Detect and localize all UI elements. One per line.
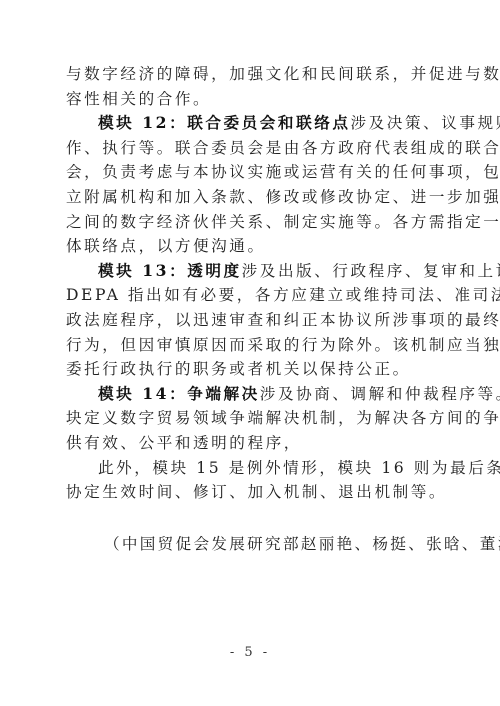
paragraph-line: 之间的数字经济伙伴关系、制定实施等。各方需指定一个整	[66, 210, 432, 235]
paragraph-line: 行为，但因审慎原因而采取的行为除外。该机制应当独立于	[66, 333, 432, 358]
paragraph-line: 供有效、公平和透明的程序，	[66, 431, 432, 456]
module-14-title: 模块 14：争端解决	[98, 384, 260, 403]
module-14-text: 涉及协商、调解和仲裁程序等。此模	[260, 385, 500, 403]
paragraph-line: 容性相关的合作。	[66, 87, 432, 112]
author-credit: （中国贸促会发展研究部赵丽艳、杨挺、张晗、董淳昉）	[104, 532, 434, 556]
module-13-text: 涉及出版、行政程序、复审和上诉等。	[242, 262, 500, 280]
paragraph-line: 与数字经济的障碍，加强文化和民间联系，并促进与数字包	[66, 62, 432, 87]
paragraph-line: 作、执行等。联合委员会是由各方政府代表组成的联合委员	[66, 136, 432, 161]
paragraph-line: 委托行政执行的职务或者机关以保持公正。	[66, 357, 432, 382]
paragraph-line: 协定生效时间、修订、加入机制、退出机制等。	[66, 480, 432, 505]
module-12-heading-line: 模块 12：联合委员会和联络点涉及决策、议事规则、合	[66, 111, 432, 136]
document-body: 与数字经济的障碍，加强文化和民间联系，并促进与数字包 容性相关的合作。 模块 1…	[66, 62, 432, 505]
module-12-title: 模块 12：联合委员会和联络点	[98, 113, 351, 132]
paragraph-line: 会，负责考虑与本协议实施或运营有关的任何事项，包括设	[66, 160, 432, 185]
paragraph-line: 立附属机构和加入条款、修改或修改协定、进一步加强双方	[66, 185, 432, 210]
paragraph-line: 政法庭程序，以迅速审查和纠正本协议所涉事项的最终行政	[66, 308, 432, 333]
paragraph-line: 此外，模块 15 是例外情形，模块 16 则为最后条款涉及	[66, 456, 432, 481]
page-number: - 5 -	[0, 645, 500, 660]
module-13-heading-line: 模块 13：透明度涉及出版、行政程序、复审和上诉等。	[66, 259, 432, 284]
module-13-title: 模块 13：透明度	[98, 261, 242, 280]
module-14-heading-line: 模块 14：争端解决涉及协商、调解和仲裁程序等。此模	[66, 382, 432, 407]
module-12-text: 涉及决策、议事规则、合	[351, 114, 500, 132]
paragraph-line: 块定义数字贸易领域争端解决机制，为解决各方间的争端提	[66, 406, 432, 431]
paragraph-line: DEPA 指出如有必要，各方应建立或维持司法、准司法或行	[66, 283, 432, 308]
paragraph-line: 体联络点，以方便沟通。	[66, 234, 432, 259]
